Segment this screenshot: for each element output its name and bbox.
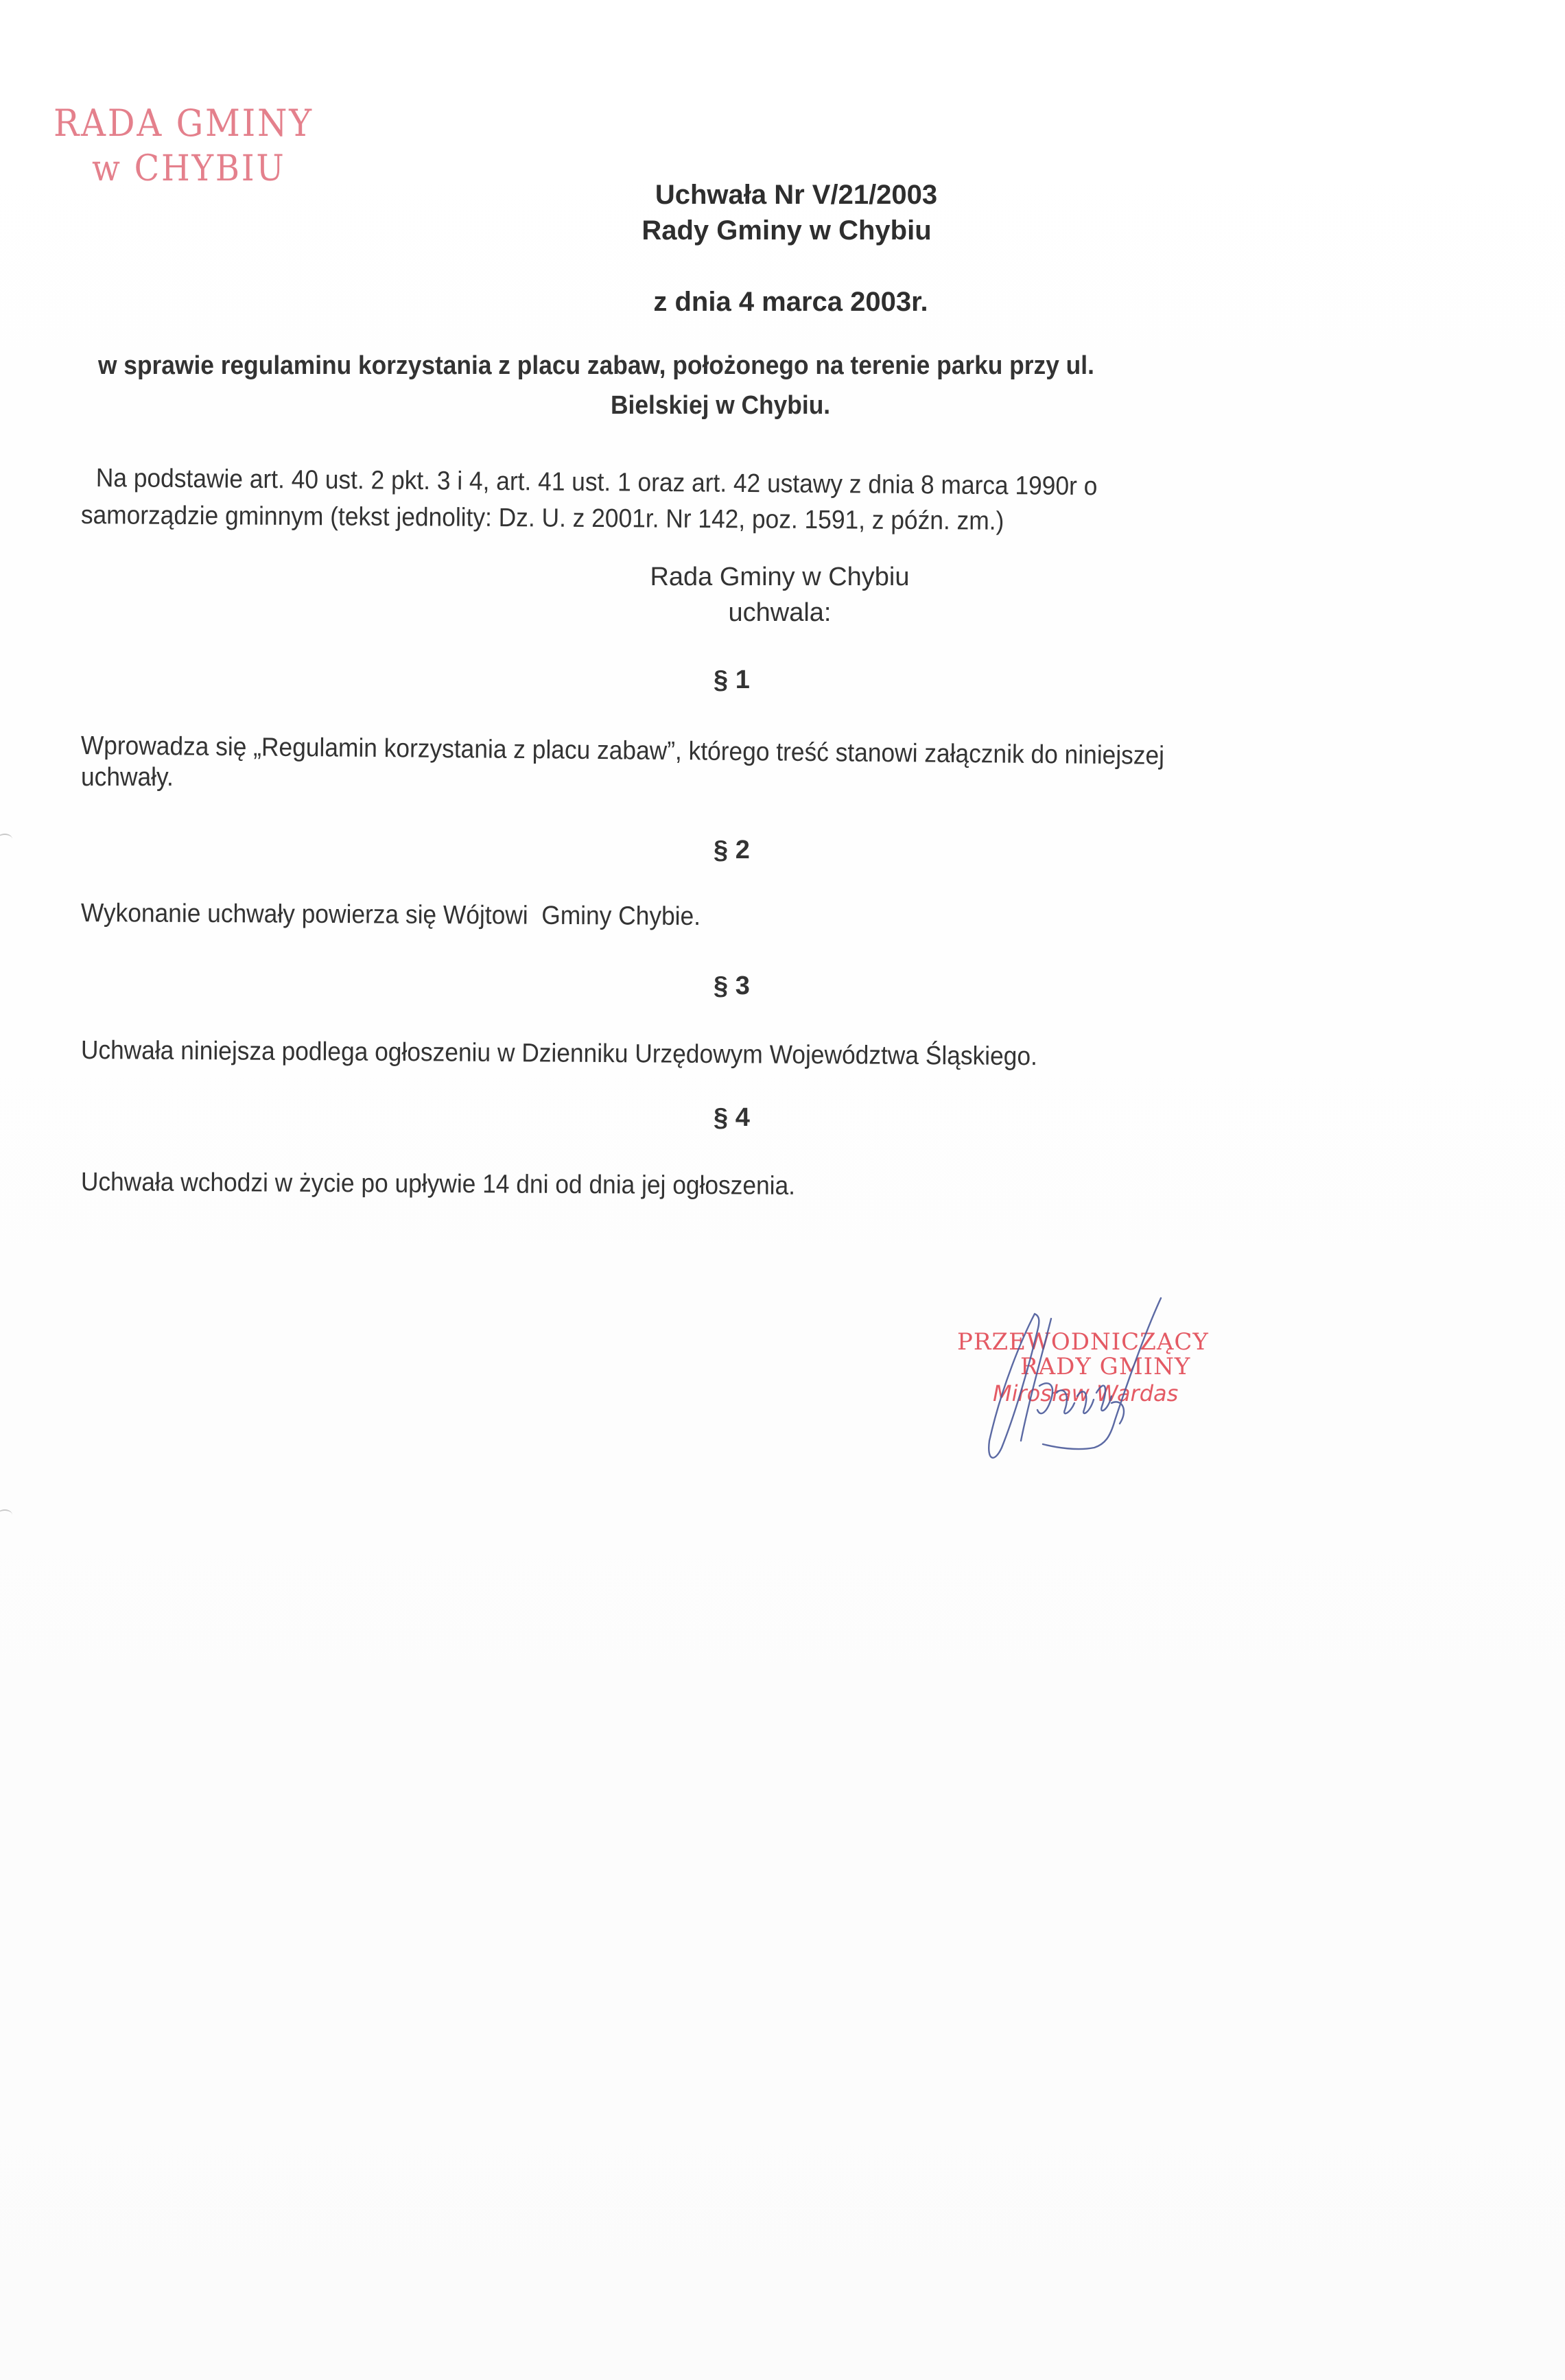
paragraph-2-text: Wykonanie uchwały powierza się Wójtowi G… [81,899,701,932]
paragraph-4-text: Uchwała wchodzi w życie po upływie 14 dn… [81,1168,795,1201]
resolve-verb: uchwala: [0,598,1562,628]
paragraph-4-sign: § 4 [714,1103,750,1133]
subject-line-2: Bielskiej w Chybiu. [611,391,830,421]
scan-artifact [0,1509,12,1520]
scanned-document-page: RADA GMINY w CHYBIU Uchwała Nr V/21/2003… [0,0,1565,2380]
stamp-line-1: RADA GMINY [54,102,314,145]
paragraph-1-sign: § 1 [714,665,750,695]
legal-basis-line-2: samorządzie gminnym (tekst jednolity: Dz… [81,501,1004,537]
resolution-issuer: Rady Gminy w Chybiu [4,215,1565,246]
legal-basis-line-1: Na podstawie art. 40 ust. 2 pkt. 3 i 4, … [96,464,1098,502]
paragraph-3-text: Uchwała niniejsza podlega ogłoszeniu w D… [81,1036,1037,1072]
scan-artifact [0,834,12,845]
handwritten-signature [974,1283,1194,1482]
paragraph-2-sign: § 2 [714,836,750,865]
council-name: Rada Gminy w Chybiu [0,563,1562,592]
subject-line-1: w sprawie regulaminu korzystania z placu… [98,351,1094,381]
paragraph-3-sign: § 3 [714,971,750,1001]
resolution-date: z dnia 4 marca 2003r. [8,287,1565,318]
paragraph-1-line-2: uchwały. [81,763,174,792]
paragraph-1-line-1: Wprowadza się „Regulamin korzystania z p… [81,731,1165,771]
resolution-number: Uchwała Nr V/21/2003 [14,180,1565,211]
